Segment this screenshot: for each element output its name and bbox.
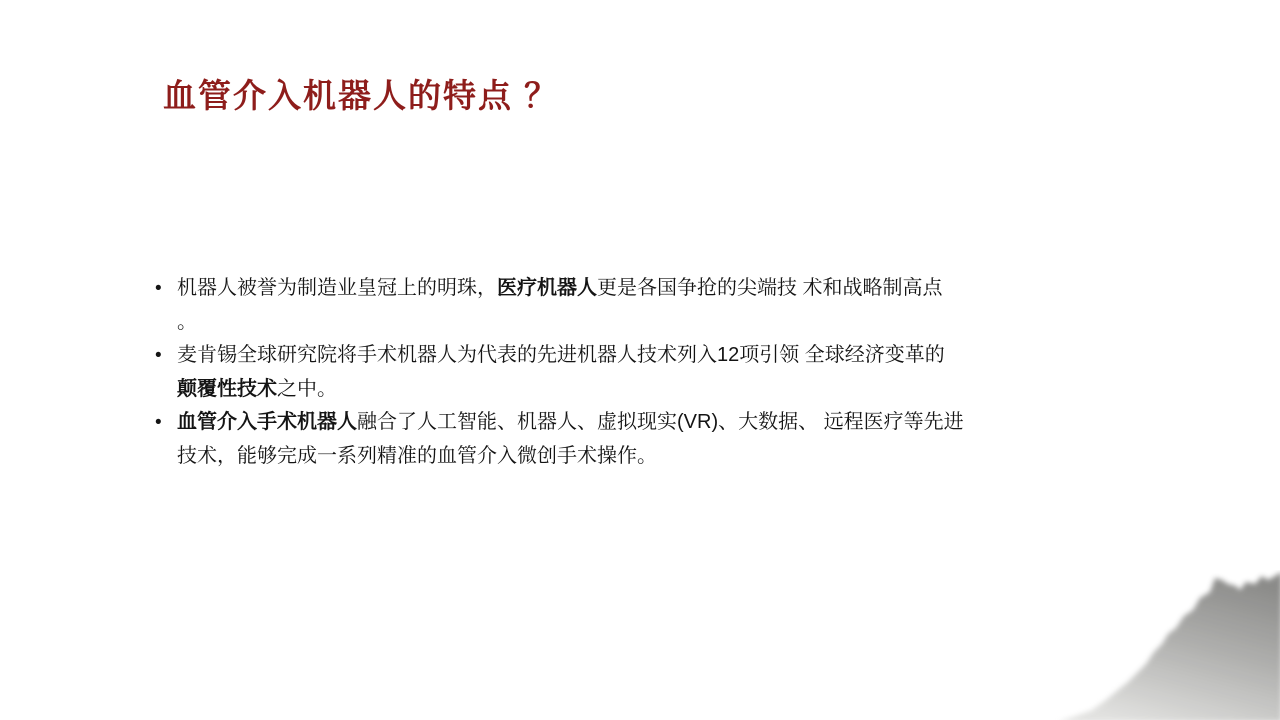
bullet-text: 机器人被誉为制造业皇冠上的明珠，医疗机器人更是各国争抢的尖端技 术和战略制高点 … bbox=[177, 272, 943, 339]
bullet-text-segment: 之中。 bbox=[277, 378, 337, 400]
slide-title: 血管介入机器人的特点 ？ bbox=[163, 76, 559, 116]
bullet-item: •机器人被誉为制造业皇冠上的明珠，医疗机器人更是各国争抢的尖端技 术和战略制高点… bbox=[155, 272, 1215, 339]
bullet-text-bold-segment: 血管介入手术机器人 bbox=[177, 411, 357, 433]
bullet-item: •麦肯锡全球研究院将手术机器人为代表的先进机器人技术列入12项引领 全球经济变革… bbox=[155, 339, 1215, 406]
bullet-text-segment: 机器人被誉为制造业皇冠上的明珠， bbox=[177, 277, 497, 299]
bullet-marker: • bbox=[155, 339, 177, 373]
bullet-text: 麦肯锡全球研究院将手术机器人为代表的先进机器人技术列入12项引领 全球经济变革的… bbox=[177, 339, 945, 406]
bullet-text: 血管介入手术机器人融合了人工智能、机器人、虚拟现实(VR)、大数据、 远程医疗等… bbox=[177, 406, 964, 473]
bullet-marker: • bbox=[155, 406, 177, 440]
bullet-text-bold-segment: 医疗机器人 bbox=[497, 277, 597, 299]
bullet-text-bold-segment: 颠覆性技术 bbox=[177, 378, 277, 400]
bullet-item: •血管介入手术机器人融合了人工智能、机器人、虚拟现实(VR)、大数据、 远程医疗… bbox=[155, 406, 1215, 473]
presentation-slide: 血管介入机器人的特点 ？ •机器人被誉为制造业皇冠上的明珠，医疗机器人更是各国争… bbox=[0, 0, 1280, 720]
bullet-marker: • bbox=[155, 272, 177, 306]
ink-mountain-decoration bbox=[1050, 570, 1280, 720]
bullet-text-segment: 麦肯锡全球研究院将手术机器人为代表的先进机器人技术列入12项引领 全球经济变革的 bbox=[177, 344, 945, 366]
bullet-list: •机器人被誉为制造业皇冠上的明珠，医疗机器人更是各国争抢的尖端技 术和战略制高点… bbox=[155, 272, 1215, 473]
